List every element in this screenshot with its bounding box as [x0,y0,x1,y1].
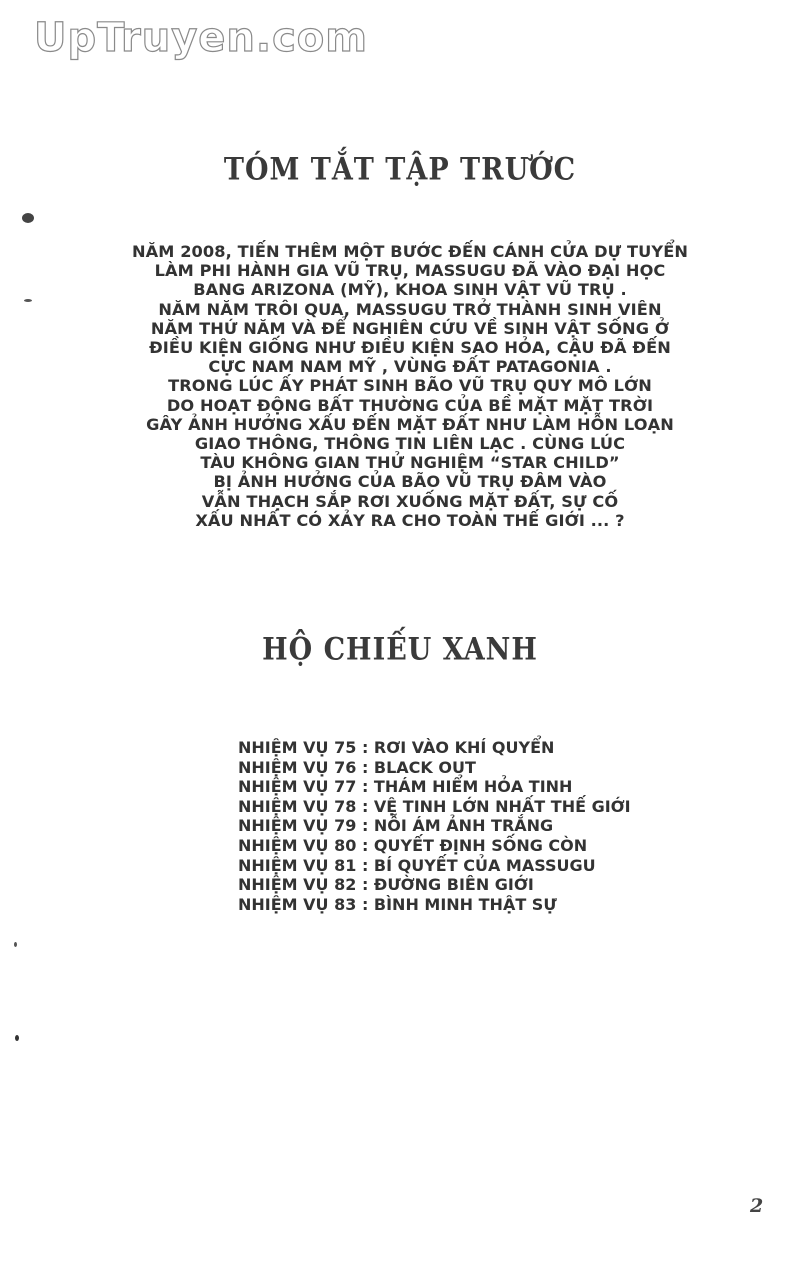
mission-item: NHIỆM VỤ 77 : THÁM HIỂM HỎA TINH [238,777,631,797]
summary-line: TÀU KHÔNG GIAN THỬ NGHIỆM “STAR CHILD” [100,453,720,472]
mission-item: NHIỆM VỤ 76 : BLACK OUT [238,758,631,778]
summary-line: GIAO THÔNG, THÔNG TIN LIÊN LẠC . CÙNG LÚ… [100,434,720,453]
mission-list: NHIỆM VỤ 75 : RƠI VÀO KHÍ QUYỂN NHIỆM VỤ… [238,738,631,914]
summary-line: LÀM PHI HÀNH GIA VŨ TRỤ, MASSUGU ĐÃ VÀO … [100,261,720,280]
summary-line: GÂY ẢNH HƯỞNG XẤU ĐẾN MẶT ĐẤT NHƯ LÀM HỖ… [100,415,720,434]
scan-artifact [24,299,32,302]
mission-item: NHIỆM VỤ 83 : BÌNH MINH THẬT SỰ [238,895,631,915]
mission-item: NHIỆM VỤ 82 : ĐƯỜNG BIÊN GIỚI [238,875,631,895]
summary-line: NĂM 2008, TIẾN THÊM MỘT BƯỚC ĐẾN CÁNH CỬ… [100,242,720,261]
site-watermark: UpTruyen.com [34,18,368,58]
scan-artifact [14,942,17,947]
mission-item: NHIỆM VỤ 80 : QUYẾT ĐỊNH SỐNG CÒN [238,836,631,856]
summary-line: TRONG LÚC ẤY PHÁT SINH BÃO VŨ TRỤ QUY MÔ… [100,376,720,395]
mission-item: NHIỆM VỤ 78 : VỆ TINH LỚN NHẤT THẾ GIỚI [238,797,631,817]
summary-line: BỊ ẢNH HƯỞNG CỦA BÃO VŨ TRỤ ĐÂM VÀO [100,472,720,491]
scan-artifact [22,213,34,223]
mission-item: NHIỆM VỤ 81 : BÍ QUYẾT CỦA MASSUGU [238,856,631,876]
page-number: 2 [750,1195,763,1217]
summary-title: TÓM TẮT TẬP TRƯỚC [0,152,800,188]
summary-line: DO HOẠT ĐỘNG BẤT THƯỜNG CỦA BỀ MẶT MẶT T… [100,396,720,415]
scan-artifact [15,1035,19,1041]
contents-title: HỘ CHIẾU XANH [0,632,800,668]
summary-line: CỰC NAM NAM MỸ , VÙNG ĐẤT PATAGONIA . [100,357,720,376]
mission-item: NHIỆM VỤ 79 : NỖI ÁM ẢNH TRẮNG [238,816,631,836]
summary-text: NĂM 2008, TIẾN THÊM MỘT BƯỚC ĐẾN CÁNH CỬ… [100,242,720,530]
summary-line: XẤU NHẤT CÓ XẢY RA CHO TOÀN THẾ GIỚI ...… [100,511,720,530]
mission-item: NHIỆM VỤ 75 : RƠI VÀO KHÍ QUYỂN [238,738,631,758]
summary-line: NĂM THỨ NĂM VÀ ĐỂ NGHIÊN CỨU VỀ SINH VẬT… [100,319,720,338]
summary-line: BANG ARIZONA (MỸ), KHOA SINH VẬT VŨ TRỤ … [100,280,720,299]
summary-line: ĐIỀU KIỆN GIỐNG NHƯ ĐIỀU KIỆN SAO HỎA, C… [100,338,720,357]
summary-line: NĂM NĂM TRÔI QUA, MASSUGU TRỞ THÀNH SINH… [100,300,720,319]
summary-line: VẪN THẠCH SẮP RƠI XUỐNG MẶT ĐẤT, SỰ CỐ [100,492,720,511]
